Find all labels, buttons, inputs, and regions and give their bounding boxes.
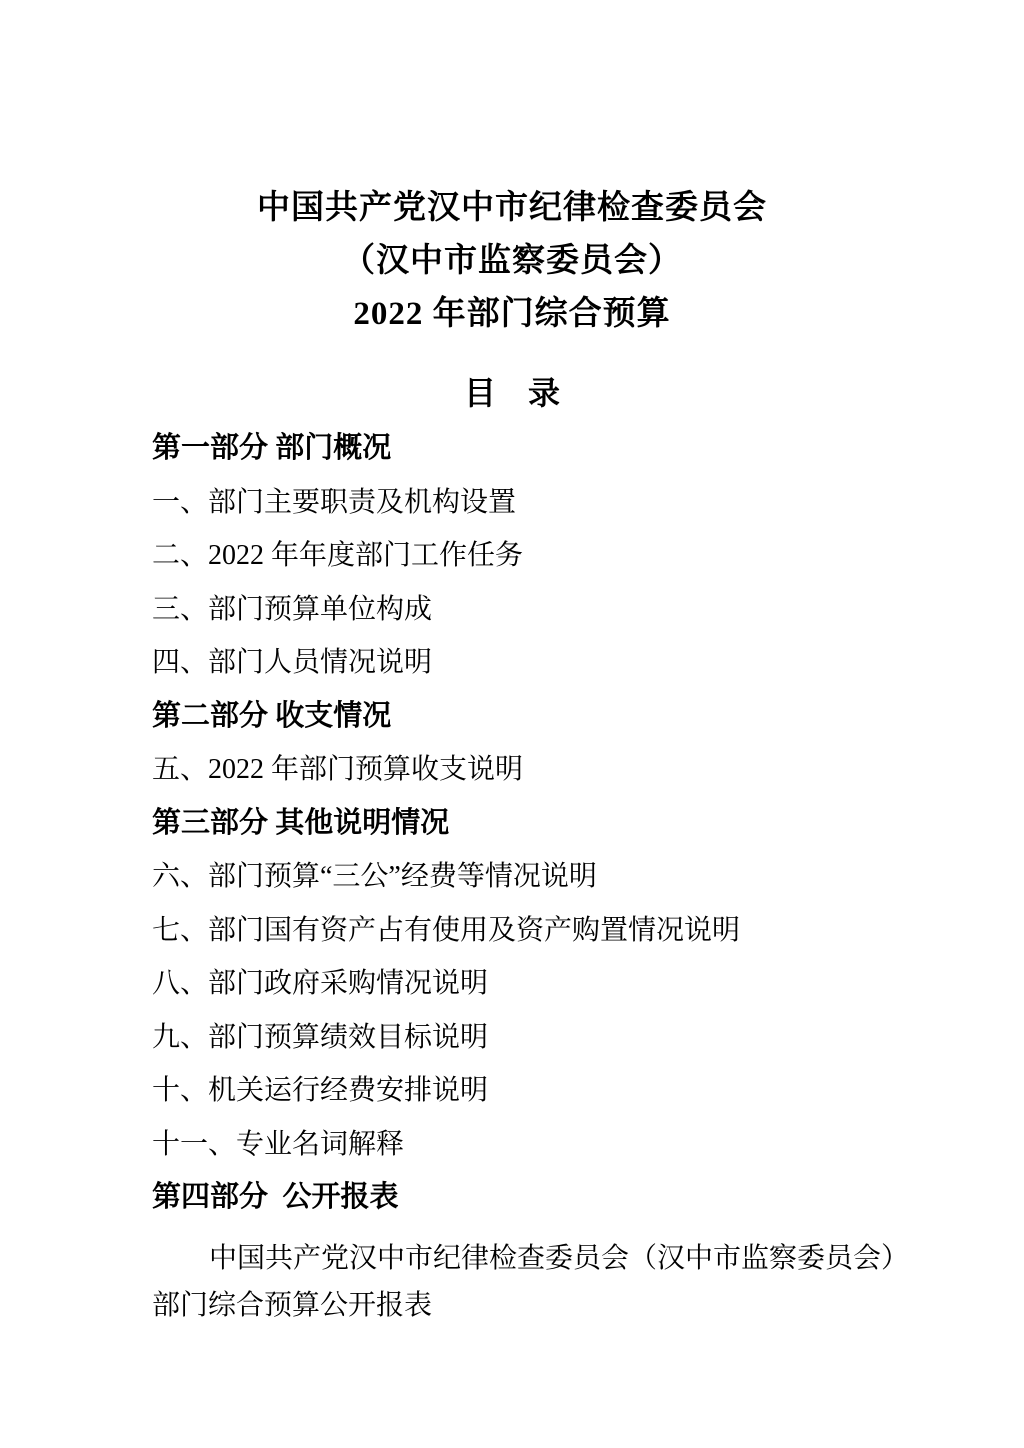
toc-item-9: 九、部门预算绩效目标说明 — [152, 1011, 924, 1065]
document-page: 中国共产党汉中市纪律检查委员会 （汉中市监察委员会） 2022 年部门综合预算 … — [0, 0, 1024, 1448]
toc-item-5: 五、2022 年部门预算收支说明 — [152, 743, 924, 797]
document-title-line-3: 2022 年部门综合预算 — [0, 288, 1024, 341]
toc-item-8: 八、部门政府采购情况说明 — [152, 957, 924, 1011]
closing-paragraph-line-2: 部门综合预算公开报表 — [152, 1282, 904, 1329]
toc-item-4: 四、部门人员情况说明 — [152, 636, 924, 690]
toc-item-7: 七、部门国有资产占有使用及资产购置情况说明 — [152, 904, 924, 958]
toc-item-1: 一、部门主要职责及机构设置 — [152, 476, 924, 530]
toc-item-6: 六、部门预算“三公”经费等情况说明 — [152, 850, 924, 904]
document-title-line-1: 中国共产党汉中市纪律检查委员会 — [0, 182, 1024, 235]
toc-item-2: 二、2022 年年度部门工作任务 — [152, 529, 924, 583]
toc-section-heading-part3: 第三部分 其他说明情况 — [152, 797, 924, 851]
toc-section-heading-part2: 第二部分 收支情况 — [152, 690, 924, 744]
toc-item-10: 十、机关运行经费安排说明 — [152, 1064, 924, 1118]
closing-paragraph: 中国共产党汉中市纪律检查委员会（汉中市监察委员会） 部门综合预算公开报表 — [0, 1235, 1024, 1329]
toc-list: 第一部分 部门概况 一、部门主要职责及机构设置 二、2022 年年度部门工作任务… — [0, 422, 1024, 1225]
toc-heading: 目 录 — [0, 367, 1024, 420]
toc-section-heading-part4: 第四部分 公开报表 — [152, 1171, 924, 1225]
closing-paragraph-line-1: 中国共产党汉中市纪律检查委员会（汉中市监察委员会） — [152, 1235, 904, 1282]
toc-item-11: 十一、专业名词解释 — [152, 1118, 924, 1172]
toc-item-3: 三、部门预算单位构成 — [152, 583, 924, 637]
document-title-block: 中国共产党汉中市纪律检查委员会 （汉中市监察委员会） 2022 年部门综合预算 — [0, 0, 1024, 341]
toc-section-heading-part1: 第一部分 部门概况 — [152, 422, 924, 476]
document-title-line-2: （汉中市监察委员会） — [0, 235, 1024, 288]
